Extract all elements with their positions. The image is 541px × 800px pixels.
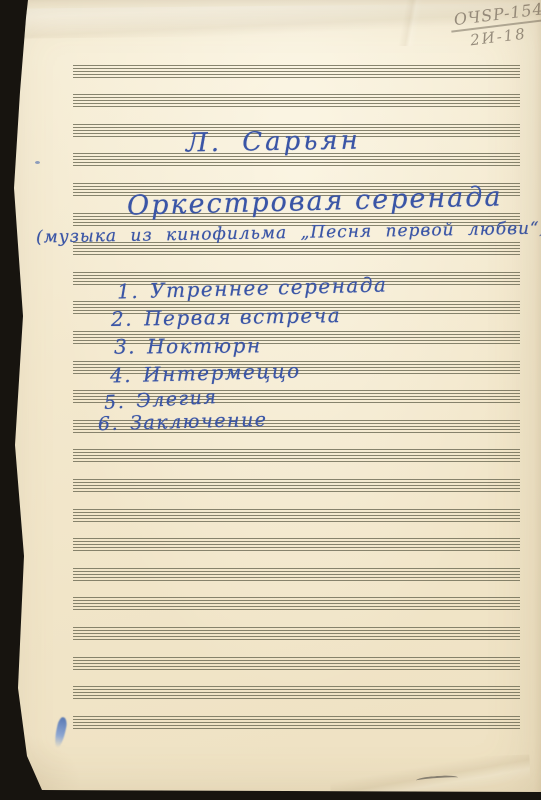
movement-number: 1.	[117, 279, 140, 304]
movement-item: 2.Первая встреча	[111, 303, 342, 331]
movement-title: Интермеццо	[143, 359, 301, 387]
movement-title: Утреннее серенада	[150, 272, 388, 302]
movement-title: Первая встреча	[144, 303, 341, 330]
movement-number: 2.	[111, 307, 134, 331]
movement-item: 6.Заключение	[98, 409, 268, 435]
manuscript-paper: ОЧSP-154 2И-18 Л. Сарьян Оркестровая сер…	[0, 0, 541, 800]
scanned-page: ОЧSP-154 2И-18 Л. Сарьян Оркестровая сер…	[0, 0, 541, 800]
movement-title: Элегия	[136, 386, 218, 412]
movement-item: 3.Ноктюрн	[114, 333, 262, 358]
movement-number: 3.	[114, 334, 136, 358]
movement-item: 1.Утреннее серенада	[117, 272, 388, 303]
movement-list: 1.Утреннее серенада2.Первая встреча3.Нок…	[0, 0, 541, 800]
movement-number: 5.	[104, 391, 126, 414]
movement-number: 6.	[98, 413, 120, 436]
movement-title: Заключение	[130, 409, 268, 435]
movement-number: 4.	[110, 363, 133, 388]
ink-speck	[35, 161, 40, 164]
movement-title: Ноктюрн	[147, 333, 262, 358]
movement-item: 4.Интермеццо	[110, 359, 301, 388]
